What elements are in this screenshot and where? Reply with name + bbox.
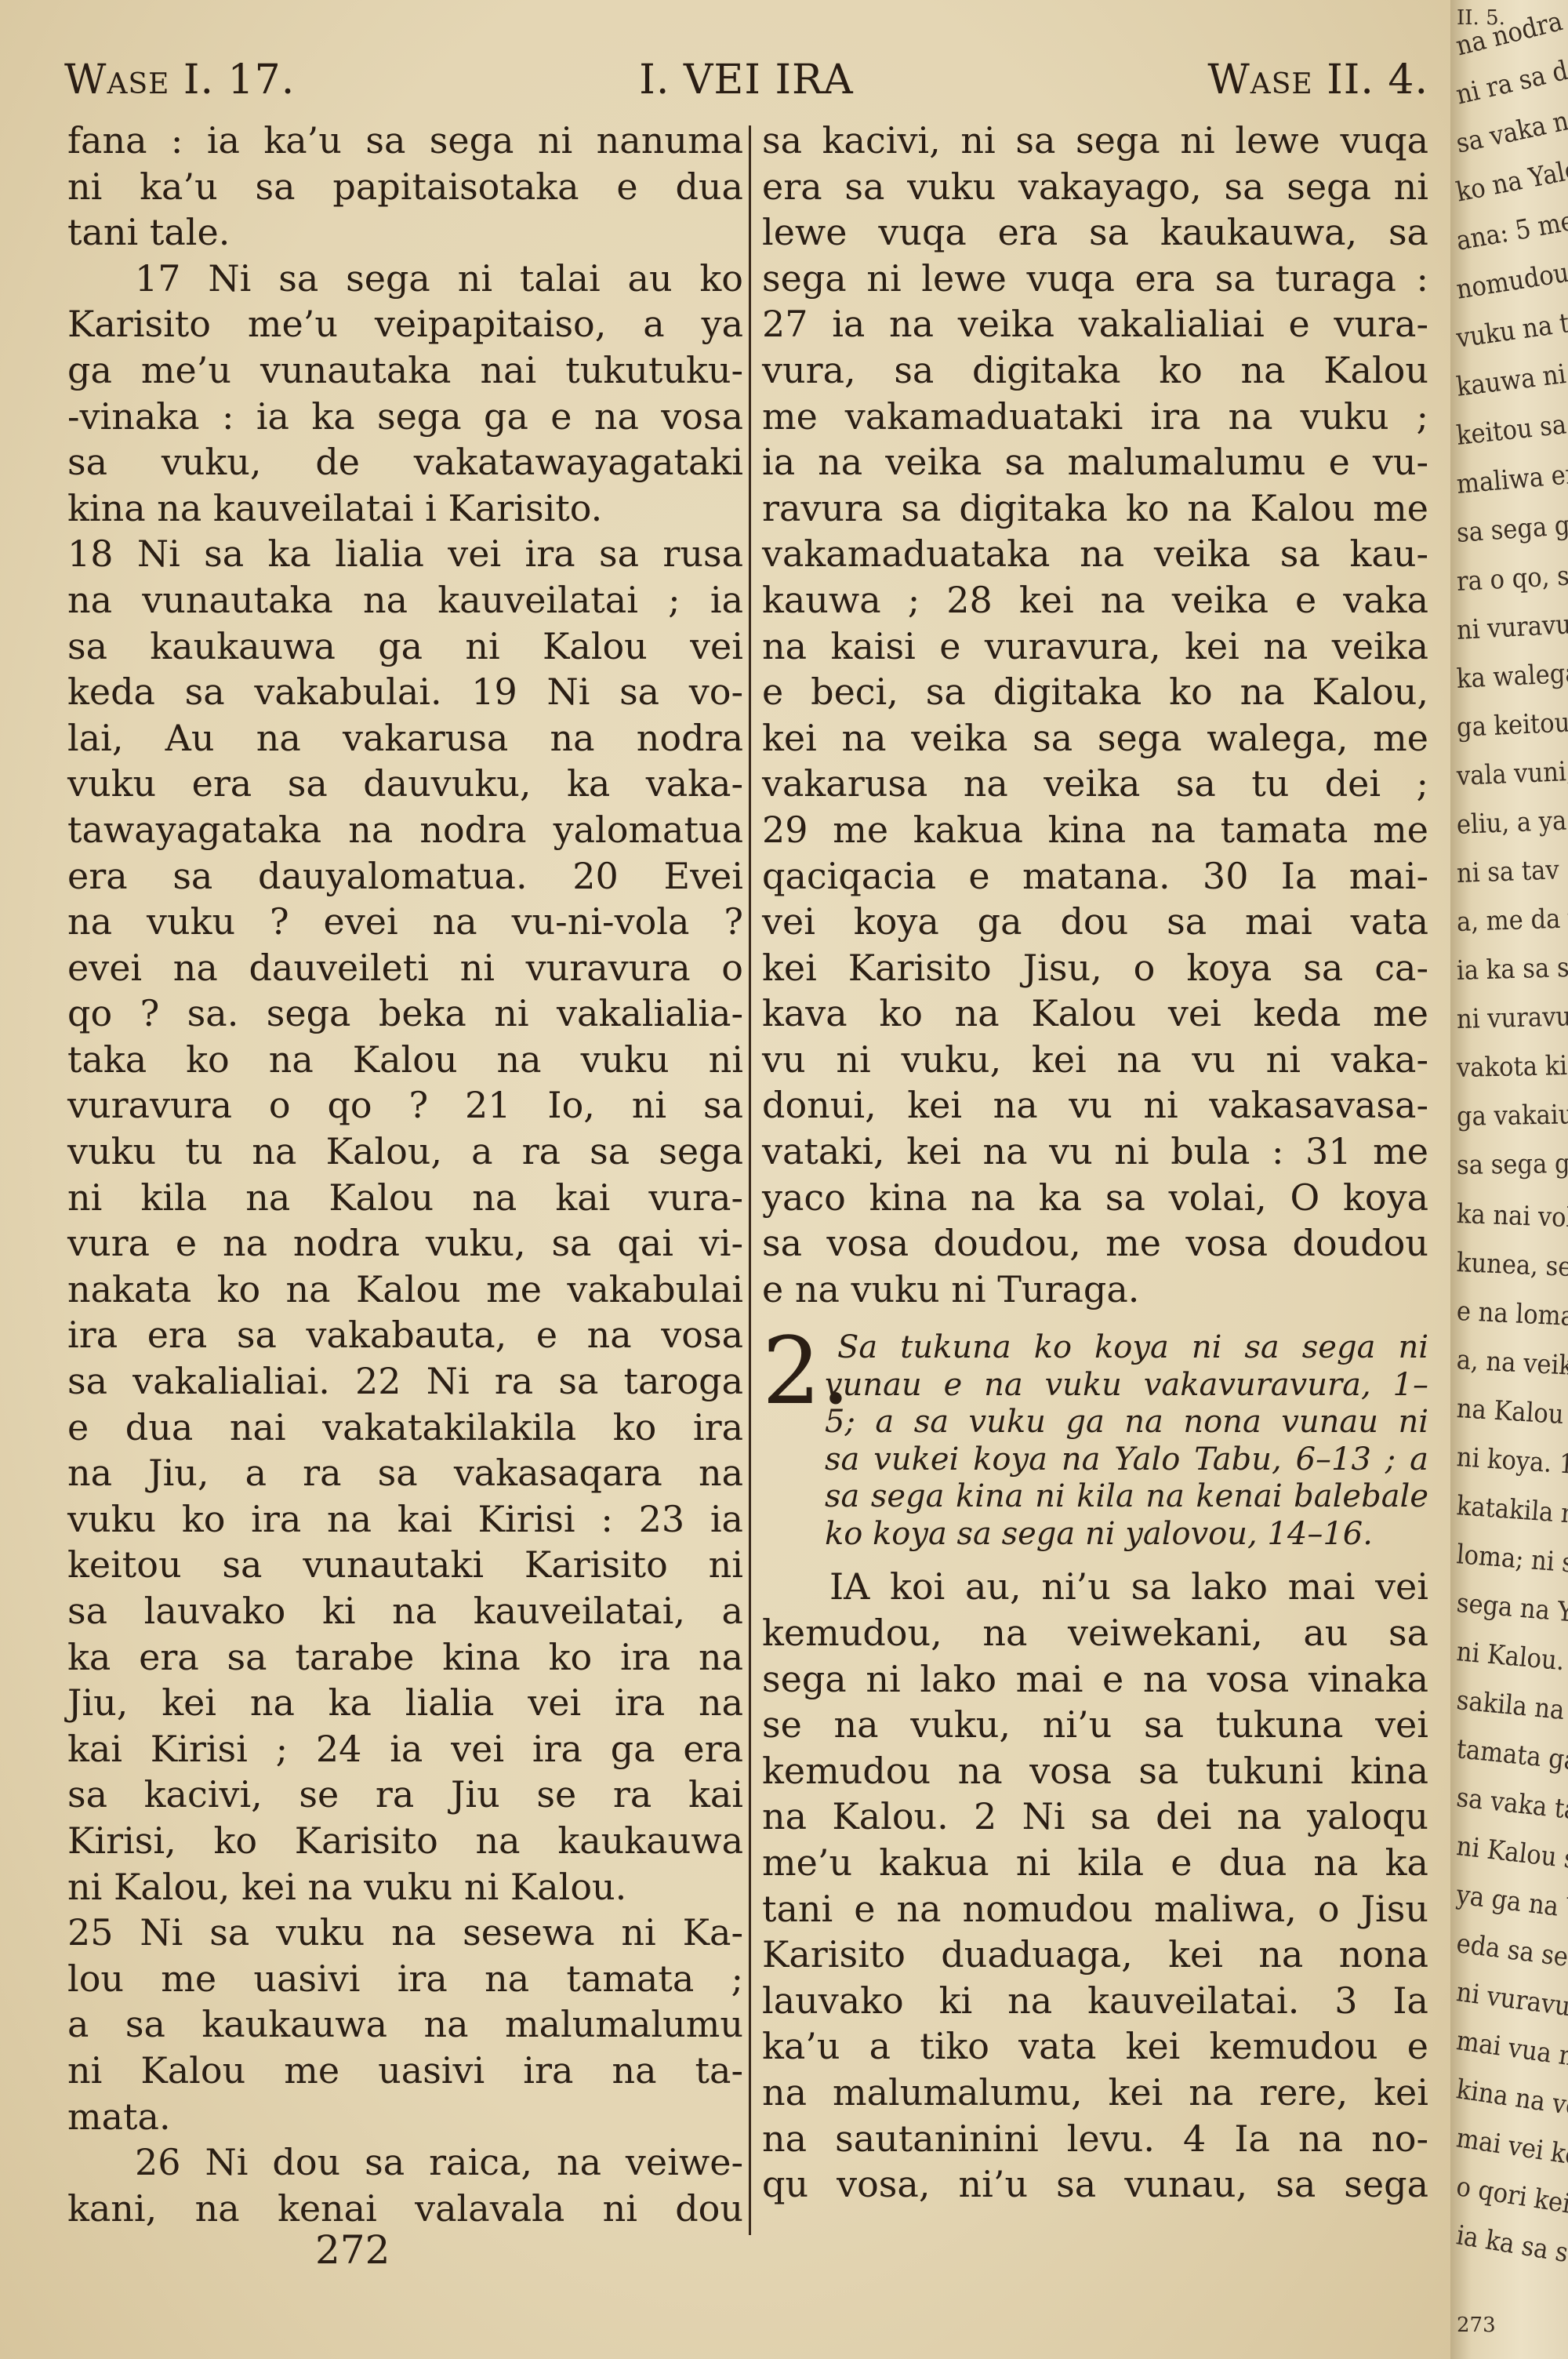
next-page-line-fragment: sa sega ga n (1456, 507, 1568, 549)
column-divider (749, 125, 751, 2235)
text-line: ni ka’u sa papitaisotaka e dua (67, 164, 743, 210)
text-line: sega ni lewe vuqa era sa turaga : (762, 256, 1428, 302)
text-line: na Kalou. 2 Ni sa dei na yaloqu (762, 1794, 1428, 1840)
text-line: sa vakalialiai. 22 Ni ra sa taroga (67, 1358, 743, 1405)
text-column-left: fana : ia ka’u sa sega ni nanumani ka’u … (67, 118, 743, 2231)
next-page-line-fragment: ya ga na Ya (1455, 1879, 1568, 1927)
next-page-line-fragment: ni Kalou sa s (1455, 1830, 1568, 1879)
chapter-summary: Sa tukuna ko koya ni sa sega nivunau e n… (762, 1329, 1428, 1553)
chapter-heading: 2. Sa tukuna ko koya ni sa sega nivunau … (762, 1329, 1428, 1553)
next-page-line-fragment: ga keitou s (1456, 706, 1568, 743)
text-line: sa kaukauwa ga ni Kalou vei (67, 623, 743, 670)
next-page-line-fragment: e na loma n (1456, 1296, 1568, 1333)
text-line: donui, kei na vu ni vakasavasa- (762, 1082, 1428, 1129)
running-head: Wase I. 17. I. VEI IRA Wase II. 4. (64, 56, 1428, 111)
text-line: ka’u a tiko vata kei kemudou e (762, 2023, 1428, 2070)
text-line: kina na kauveilatai i Karisito. (67, 485, 743, 532)
next-page-line-fragment: kauwa ni Kalo (1455, 351, 1568, 402)
text-line: fana : ia ka’u sa sega ni nanuma (67, 118, 743, 164)
text-line: sa vosa doudou, me vosa doudou (762, 1220, 1428, 1267)
next-page-line-fragment: keitou sa tuku (1455, 402, 1568, 452)
text-line: kai Kirisi ; 24 ia vei ira ga era (67, 1726, 743, 1772)
text-line: IA koi au, ni’u sa lako mai vei (762, 1564, 1428, 1610)
text-line: vura, sa digitaka ko na Kalou (762, 347, 1428, 394)
text-line: kauwa ; 28 kei na veika e vaka (762, 577, 1428, 623)
text-line: sa vuku, de vakatawayagataki (67, 439, 743, 485)
text-line: -vinaka : ia ka sega ga e na vosa (67, 394, 743, 440)
next-page-line-fragment: ni vuravura o (1457, 1000, 1568, 1035)
text-line: na vuku ? evei na vu-ni-vola ? (67, 899, 743, 945)
text-line: na Jiu, a ra sa vakasaqara na (67, 1450, 743, 1496)
next-page-line-fragment: kina na veika (1454, 2074, 1568, 2128)
text-line: lai, Au na vakarusa na nodra (67, 715, 743, 761)
text-line: vataki, kei na vu ni bula : 31 me (762, 1129, 1428, 1175)
text-line: keda sa vakabulai. 19 Ni sa vo- (67, 669, 743, 715)
text-line: Karisito me’u veipapitaiso, a ya (67, 301, 743, 347)
text-line: ia na veika sa malumalumu e vu- (762, 439, 1428, 485)
text-line: ni Kalou me uasivi ira na ta- (67, 2048, 743, 2094)
text-line: yaco kina na ka sa volai, O koya (762, 1175, 1428, 1221)
text-line: lewe vuqa era sa kaukauwa, sa (762, 209, 1428, 256)
text-line: keitou sa vunautaki Karisito ni (67, 1542, 743, 1588)
text-line: mata. (67, 2094, 743, 2140)
text-line: taka ko na Kalou na vuku ni (67, 1037, 743, 1083)
next-page-line-fragment: ga vakaiukuu (1457, 1098, 1568, 1132)
next-page-line-fragment: ana: 5 me kal (1454, 198, 1568, 257)
next-page-line-fragment: ia ka sa sega (1454, 2219, 1568, 2276)
next-page-line-fragment: sega na Yalo (1455, 1587, 1568, 1631)
page-number: 272 (315, 2227, 390, 2273)
text-line: na malumalumu, kei na rere, kei (762, 2070, 1428, 2116)
text-line: kani, na kenai valavala ni dou (67, 2186, 743, 2232)
text-line: tawayagataka na nodra yalomatua (67, 807, 743, 853)
text-line: sa kacivi, se ra Jiu se ra kai (67, 1772, 743, 1818)
next-page-line-fragment: eda sa sega n (1454, 1928, 1568, 1979)
text-line: kemudou na vosa sa tukuni kina (762, 1748, 1428, 1794)
text-line: na sautaninini levu. 4 Ia na no- (762, 2116, 1428, 2162)
text-line: kei na veika sa sega walega, me (762, 715, 1428, 761)
next-page-line-fragment: sakila na veik (1455, 1685, 1568, 1732)
text-line: sa sega kina ni kila na kenai balebale (762, 1478, 1428, 1516)
right-column-text-before-chapter: sa kacivi, ni sa sega ni lewe vuqaera sa… (762, 118, 1428, 1312)
text-column-right: sa kacivi, ni sa sega ni lewe vuqaera sa… (762, 118, 1428, 2208)
next-page-line-fragment: katakila mai (1456, 1490, 1568, 1532)
next-page-line-fragment: o qori keitou (1454, 2171, 1568, 2226)
next-page-line-fragment: vala vuni, io (1456, 754, 1568, 792)
next-page-line-fragment: a, me da vak (1456, 902, 1568, 938)
text-line: na kaisi e vuravura, kei na veika (762, 623, 1428, 670)
text-line: tani tale. (67, 209, 743, 256)
text-line: 25 Ni sa vuku na sesewa ni Ka- (67, 1910, 743, 1956)
text-line: ko koya sa sega ni yalovou, 14–16. (762, 1516, 1428, 1554)
next-page-line-fragment: eliu, a ya (1456, 805, 1567, 841)
next-page-line-fragment: kunea, se n (1456, 1247, 1568, 1284)
next-page-line-fragment: vuku na tamata (1454, 297, 1568, 354)
text-line: vei koya ga dou sa mai vata (762, 899, 1428, 945)
text-line: ravura sa digitaka ko na Kalou me (762, 485, 1428, 532)
next-page-line-fragment: ni vuravura o (1456, 606, 1568, 646)
next-page-line-fragment: ra o qo, se n (1456, 558, 1568, 598)
text-line: vu ni vuku, kei na vu ni vaka- (762, 1037, 1428, 1083)
text-line: sa kacivi, ni sa sega ni lewe vuqa (762, 118, 1428, 164)
running-head-right: Wase II. 4. (1207, 56, 1428, 104)
text-line: kava ko na Kalou vei keda me (762, 990, 1428, 1037)
text-line: a sa kaukauwa na malumalumu (67, 2001, 743, 2048)
text-line: sega ni lako mai e na vosa vinaka (762, 1656, 1428, 1703)
text-line: vura e na nodra vuku, sa qai vi- (67, 1220, 743, 1267)
next-page-line-fragment: tamata ga a (1455, 1733, 1568, 1779)
text-line: ka era sa tarabe kina ko ira na (67, 1634, 743, 1681)
next-page-line-fragment: mai vua na K (1454, 2025, 1568, 2078)
next-page-line-fragment: ka nai vola, (1456, 1198, 1568, 1234)
text-line: Karisito duaduaga, kei na nona (762, 1932, 1428, 1978)
text-line: qu vosa, ni’u sa vunau, sa sega (762, 2161, 1428, 2208)
text-line: kei Karisito Jisu, o koya sa ca- (762, 945, 1428, 991)
text-line: qaciqacia e matana. 30 Ia mai- (762, 853, 1428, 900)
running-head-right-book: Wase (1207, 56, 1312, 104)
text-line: vuku ko ira na kai Kirisi : 23 ia (67, 1496, 743, 1543)
text-line: e beci, sa digitaka ko na Kalou, (762, 669, 1428, 715)
next-page-line-fragment: nomudou vaka (1454, 247, 1568, 306)
text-line: na vunautaka na kauveilatai ; ia (67, 577, 743, 623)
next-page-line-fragment: ni vuravura, (1454, 1976, 1568, 2027)
text-line: se na vuku, ni’u sa tukuna vei (762, 1702, 1428, 1748)
next-page-line-fragment: maliwa era sa (1455, 454, 1568, 500)
text-line: vakarusa na veika sa tu dei ; (762, 761, 1428, 807)
text-line: ni kila na Kalou na kai vura- (67, 1175, 743, 1221)
next-page-line-fragment: loma; ni sa da (1455, 1539, 1568, 1583)
text-line: me’u kakua ni kila e dua na ka (762, 1840, 1428, 1886)
next-page-line-fragment: ni Kalou. 11 (1455, 1636, 1568, 1681)
next-page-line-fragment: vakota ki na (1457, 1049, 1568, 1084)
text-line: ga me’u vunautaka nai tukutuku- (67, 347, 743, 394)
next-page-line-fragment: ni sa tav (1456, 854, 1559, 889)
text-line: evei na dauveileti ni vuravura o (67, 945, 743, 991)
text-line: vuku era sa dauvuku, ka vaka- (67, 761, 743, 807)
text-line: 27 ia na veika vakalialiai e vura- (762, 301, 1428, 347)
text-line: Jiu, kei na ka lialia vei ira na (67, 1680, 743, 1726)
text-line: 26 Ni dou sa raica, na veiwe- (67, 2139, 743, 2186)
text-line: e na vuku ni Turaga. (762, 1267, 1428, 1313)
next-page-number: 273 (1457, 2314, 1496, 2337)
book-page-right-curled: II. 5. 273 na nodra vosni ra sa dauvsa v… (1450, 0, 1568, 2359)
text-line: sa lauvako ki na kauveilatai, a (67, 1588, 743, 1634)
text-line: vuku tu na Kalou, a ra sa sega (67, 1129, 743, 1175)
text-line: vuravura o qo ? 21 Io, ni sa (67, 1082, 743, 1129)
next-page-line-fragment: ia ka sa se (1456, 951, 1568, 987)
text-line: tani e na nomudou maliwa, o Jisu (762, 1886, 1428, 1932)
text-line: 18 Ni sa ka lialia vei ira sa rusa (67, 531, 743, 577)
next-page-line-fragment: sa sega ga n (1457, 1147, 1568, 1181)
text-line: Sa tukuna ko koya ni sa sega ni (762, 1329, 1428, 1367)
next-page-line-fragment: ni koya. 10 (1456, 1441, 1568, 1481)
running-head-right-ref: II. 4. (1327, 56, 1428, 104)
text-line: 5; a sa vuku ga na nona vunau ni (762, 1404, 1428, 1441)
text-line: sa vukei koya na Yalo Tabu, 6–13 ; a (762, 1441, 1428, 1479)
text-line: 17 Ni sa sega ni talai au ko (67, 256, 743, 302)
next-page-line-fragment: na Kalou n (1456, 1393, 1568, 1432)
text-line: vunau e na vuku vakavuravura, 1– (762, 1367, 1428, 1405)
right-column-text-after-chapter: IA koi au, ni’u sa lako mai veikemudou, … (762, 1564, 1428, 2207)
text-line: me vakamaduataki ira na vuku ; (762, 394, 1428, 440)
text-line: qo ? sa. sega beka ni vakalialia- (67, 990, 743, 1037)
text-line: 29 me kakua kina na tamata me (762, 807, 1428, 853)
text-line: ni Kalou, kei na vuku ni Kalou. (67, 1864, 743, 1910)
text-line: nakata ko na Kalou me vakabulai (67, 1267, 743, 1313)
next-page-line-fragment: ka walega : (1456, 656, 1568, 695)
text-line: era sa vuku vakayago, sa sega ni (762, 164, 1428, 210)
text-line: Kirisi, ko Karisito na kaukauwa (67, 1818, 743, 1864)
next-page-line-fragment: a, na veika (1456, 1344, 1568, 1383)
book-page-left: Wase I. 17. I. VEI IRA Wase II. 4. fana … (0, 0, 1450, 2359)
text-line: ira era sa vakabauta, e na vosa (67, 1312, 743, 1358)
text-line: kemudou, na veiwekani, au sa (762, 1610, 1428, 1656)
text-line: vakamaduataka na veika sa kau- (762, 531, 1428, 577)
text-line: lou me uasivi ira na tamata ; (67, 1956, 743, 2002)
text-line: lauvako ki na kauveilatai. 3 Ia (762, 1978, 1428, 2024)
text-line: e dua nai vakatakilakila ko ira (67, 1405, 743, 1451)
next-page-line-fragment: sa vaka tal (1455, 1782, 1568, 1827)
chapter-number: 2. (762, 1325, 851, 1417)
text-line: era sa dauyalomatua. 20 Evei (67, 853, 743, 900)
